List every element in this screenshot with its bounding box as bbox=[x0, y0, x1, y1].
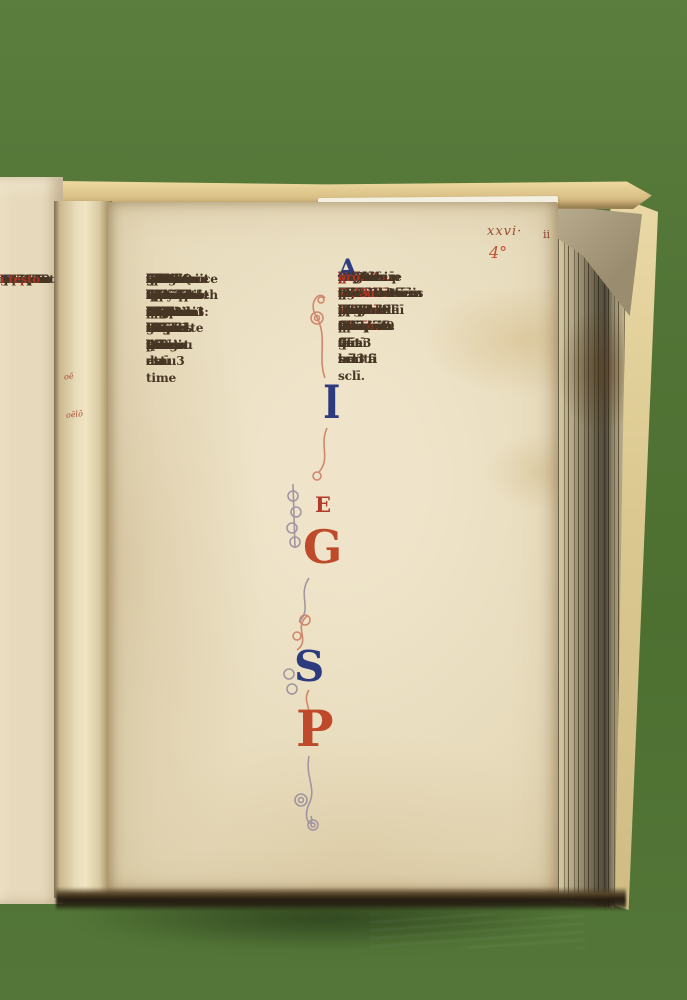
decorated-initial-I: I bbox=[323, 379, 340, 425]
body-text: qr nō erit ipossibile apd bbox=[146, 271, 209, 320]
decorated-initial-S: S bbox=[294, 646, 324, 688]
cloth-streaks bbox=[370, 914, 585, 948]
decorated-initial-E: E bbox=[315, 494, 331, 515]
quire-mark: xxvi· bbox=[487, 224, 522, 239]
decorated-initial-P: P bbox=[296, 704, 334, 754]
margin-mark: oē bbox=[64, 372, 74, 382]
fore-edge-page-stack bbox=[552, 200, 626, 908]
page-block-bottom-shadow bbox=[56, 887, 626, 911]
leaf-mark: ii bbox=[543, 228, 550, 241]
margin-mark: oēlō bbox=[66, 409, 84, 420]
decorated-initial-G: G bbox=[303, 524, 342, 570]
rubric-text: ī festo bbox=[0, 271, 40, 287]
gutter-fold bbox=[54, 201, 112, 898]
manuscript-photo: grā scīō ī pōfstāmus Aīnuītō pliora semi… bbox=[0, 0, 687, 1000]
folio-number: 4° bbox=[489, 243, 507, 262]
